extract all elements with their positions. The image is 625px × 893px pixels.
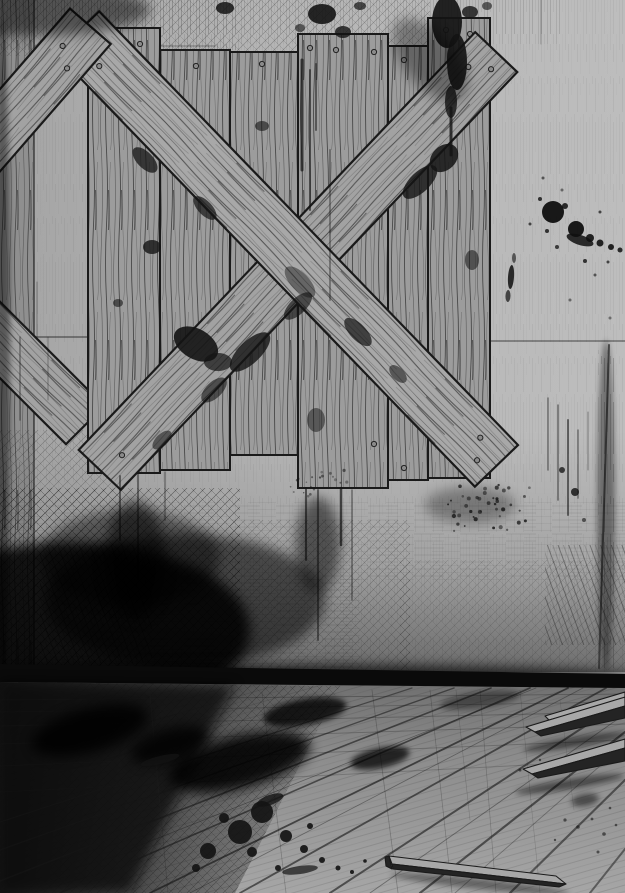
ink-blot bbox=[228, 820, 252, 844]
scene-svg bbox=[0, 0, 625, 893]
blood-drop bbox=[542, 177, 545, 180]
blood-drop bbox=[618, 248, 623, 253]
ink-blot bbox=[350, 870, 354, 874]
blood-drop bbox=[582, 518, 586, 522]
blood-drop bbox=[545, 229, 549, 233]
ink-blot bbox=[300, 845, 308, 853]
nail bbox=[193, 63, 198, 68]
ink-blot bbox=[219, 813, 229, 823]
nail bbox=[137, 41, 142, 46]
ink-blot bbox=[280, 830, 292, 842]
nail bbox=[259, 61, 264, 66]
nail bbox=[333, 47, 338, 52]
blood-drop bbox=[599, 211, 602, 214]
blood-drop bbox=[583, 259, 587, 263]
blood-drop bbox=[571, 488, 579, 496]
blood-drop bbox=[555, 245, 559, 249]
nail bbox=[307, 45, 312, 50]
blood-drop bbox=[607, 261, 610, 264]
ink-blot bbox=[307, 823, 313, 829]
blood-drop bbox=[542, 201, 564, 223]
ink-blot bbox=[319, 857, 325, 863]
blood-drop bbox=[609, 317, 612, 320]
ink-blot bbox=[247, 847, 257, 857]
blood-drop bbox=[562, 203, 568, 209]
blood-drop bbox=[559, 467, 565, 473]
blood-drop bbox=[597, 240, 604, 247]
ink-blot bbox=[275, 865, 281, 871]
blood-drop bbox=[538, 197, 542, 201]
manga-panel bbox=[0, 0, 625, 893]
blood-drop bbox=[529, 223, 532, 226]
blood-drop bbox=[608, 244, 614, 250]
nail bbox=[371, 441, 376, 446]
ink-blot bbox=[363, 859, 367, 863]
nail bbox=[401, 465, 406, 470]
ink-blot bbox=[336, 866, 341, 871]
ink-blot bbox=[200, 843, 216, 859]
blood-drop bbox=[569, 299, 572, 302]
nail bbox=[371, 49, 376, 54]
blood-drop bbox=[594, 274, 597, 277]
ink-blot bbox=[192, 864, 200, 872]
blood-drop bbox=[561, 189, 564, 192]
